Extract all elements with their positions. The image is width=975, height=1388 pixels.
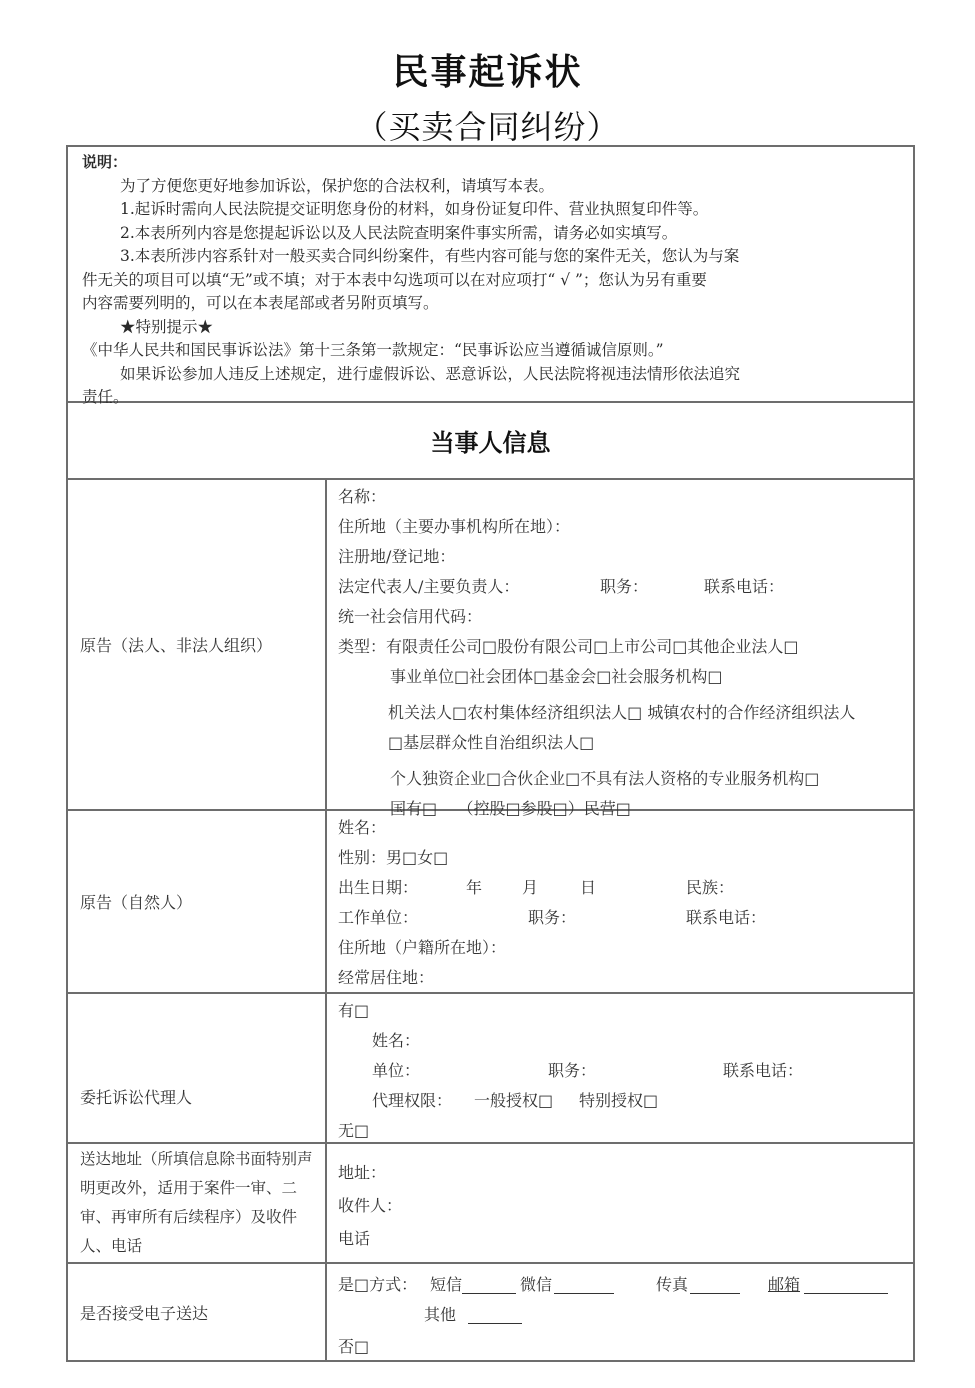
document-title: 民事起诉状 (0, 44, 975, 95)
org-name-field[interactable]: 名称： (338, 482, 913, 512)
wechat-blank[interactable] (554, 1276, 614, 1294)
agent-name-field[interactable]: 姓名： (338, 1026, 913, 1056)
instruction-line: 2.本表所列内容是您提起诉讼以及人民法院查明案件事实所需，请务必如实填写。 (82, 222, 901, 246)
org-legal-rep-line: 法定代表人/主要负责人： 职务： 联系电话： (338, 572, 913, 602)
person-residence-field[interactable]: 经常居住地： (338, 963, 913, 993)
instruction-line: 3.本表所涉内容系针对一般买卖合同纠纷案件，有些内容可能与您的案件无关，您认为与… (82, 245, 901, 269)
org-type-line-1: 类型：有限责任公司□股份有限公司□上市公司□其他企业法人□ (338, 632, 913, 662)
plaintiff-person-row: 原告（自然人） 姓名： 性别：男□女□ 出生日期： 年 月 日 民族： 工作单位… (68, 811, 913, 994)
e-service-label: 是否接受电子送达 (68, 1264, 327, 1360)
birth-line: 出生日期： 年 月 日 民族： (338, 873, 913, 903)
gender-options[interactable]: 性别：男□女□ (338, 843, 913, 873)
org-type-options-3[interactable]: 机关法人□农村集体经济组织法人□ 城镇农村的合作经济组织法人 (338, 698, 913, 728)
wechat-label: 微信 (520, 1270, 552, 1300)
plaintiff-org-row: 原告（法人、非法人组织） 名称： 住所地（主要办事机构所在地）： 注册地/登记地… (68, 480, 913, 811)
instruction-line: 《中华人民共和国民事诉讼法》第十三条第一款规定：“民事诉讼应当遵循诚信原则。” (82, 339, 901, 363)
document-subtitle: （买卖合同纠纷） (0, 102, 975, 148)
service-phone-field[interactable]: 电话 (338, 1222, 913, 1255)
employer-line: 工作单位： 职务： 联系电话： (338, 903, 913, 933)
agent-no-checkbox[interactable]: 无□ (338, 1116, 913, 1146)
instruction-line: 内容需要列明的，可以在本表尾部或者另附页填写。 (82, 292, 901, 316)
sms-blank[interactable] (462, 1276, 516, 1294)
recipient-field[interactable]: 收件人： (338, 1189, 913, 1222)
instructions-section: 说明： 为了方便您更好地参加诉讼，保护您的合法权利，请填写本表。 1.起诉时需向… (68, 147, 913, 403)
sms-label: 短信 (430, 1270, 462, 1300)
org-type-options-2[interactable]: 事业单位□社会团体□基金会□社会服务机构□ (338, 662, 913, 692)
agent-phone-field[interactable]: 联系电话： (723, 1056, 803, 1086)
agent-authority-line: 代理权限： 一般授权□ 特别授权□ (338, 1086, 913, 1116)
org-type-options-4[interactable]: □基层群众性自治组织法人□ (338, 728, 913, 758)
org-registered-field[interactable]: 注册地/登记地： (338, 542, 913, 572)
person-phone-field[interactable]: 联系电话： (686, 903, 766, 933)
fax-label: 传真 (656, 1270, 688, 1300)
general-authority-checkbox[interactable]: 一般授权□ (474, 1086, 553, 1116)
other-blank[interactable] (468, 1306, 522, 1324)
org-domicile-field[interactable]: 住所地（主要办事机构所在地）： (338, 512, 913, 542)
credit-code-field[interactable]: 统一社会信用代码： (338, 602, 913, 632)
e-service-no-checkbox[interactable]: 否□ (338, 1332, 913, 1362)
instruction-line: 为了方便您更好地参加诉讼，保护您的合法权利，请填写本表。 (82, 175, 901, 199)
birth-day-label: 日 (580, 873, 596, 903)
person-domicile-field[interactable]: 住所地（户籍所在地）： (338, 933, 913, 963)
birth-date-field[interactable]: 出生日期： (338, 873, 418, 903)
service-address-field[interactable]: 地址： (338, 1156, 913, 1189)
org-type-label: 类型： (338, 637, 386, 656)
party-info-heading: 当事人信息 (68, 403, 913, 480)
instruction-line: 如果诉讼参加人违反上述规定，进行虚假诉讼、恶意诉讼，人民法院将视违法情形依法追究 (82, 363, 901, 387)
birth-year-label: 年 (466, 873, 482, 903)
instructions-heading: 说明： (82, 151, 901, 175)
agent-yes-checkbox[interactable]: 有□ (338, 996, 913, 1026)
org-type-options-1[interactable]: 有限责任公司□股份有限公司□上市公司□其他企业法人□ (386, 637, 798, 656)
ethnicity-field[interactable]: 民族： (686, 873, 734, 903)
service-address-row: 送达地址（所填信息除书面特别声明更改外，适用于案件一审、二审、再审所有后续程序）… (68, 1144, 913, 1264)
agent-label: 委托诉讼代理人 (68, 994, 327, 1142)
person-name-field[interactable]: 姓名： (338, 813, 913, 843)
authority-label: 代理权限： (372, 1086, 452, 1116)
employer-field[interactable]: 工作单位： (338, 903, 418, 933)
org-type-options-5[interactable]: 个人独资企业□合伙企业□不具有法人资格的专业服务机构□ (338, 764, 913, 794)
email-label: 邮箱 (768, 1270, 800, 1300)
legal-rep-phone-field[interactable]: 联系电话： (704, 572, 784, 602)
fax-blank[interactable] (690, 1276, 740, 1294)
instruction-line: 1.起诉时需向人民法院提交证明您身份的材料，如身份证复印件、营业执照复印件等。 (82, 198, 901, 222)
special-authority-checkbox[interactable]: 特别授权□ (579, 1086, 658, 1116)
birth-month-label: 月 (522, 873, 538, 903)
plaintiff-person-label: 原告（自然人） (68, 811, 327, 992)
agent-row: 委托诉讼代理人 有□ 姓名： 单位： 职务： 联系电话： 代理权限： 一般授权□… (68, 994, 913, 1144)
legal-rep-field[interactable]: 法定代表人/主要负责人： (338, 572, 519, 602)
email-blank[interactable] (804, 1276, 888, 1294)
instruction-line: 件无关的项目可以填“无”或不填；对于本表中勾选项可以在对应项打“ √ ”；您认为… (82, 269, 901, 293)
special-notice-heading: ★特别提示★ (82, 316, 901, 340)
person-position-field[interactable]: 职务： (528, 903, 576, 933)
complaint-form-table: 说明： 为了方便您更好地参加诉讼，保护您的合法权利，请填写本表。 1.起诉时需向… (66, 145, 915, 1362)
e-service-row: 是否接受电子送达 是□方式： 短信 微信 传真 邮箱 其他 否□ (68, 1264, 913, 1362)
plaintiff-org-label: 原告（法人、非法人组织） (68, 480, 327, 809)
e-service-other-line: 其他 (338, 1300, 913, 1330)
agent-unit-line: 单位： 职务： 联系电话： (338, 1056, 913, 1086)
e-service-method-line: 是□方式： 短信 微信 传真 邮箱 (338, 1270, 913, 1300)
legal-rep-position-field[interactable]: 职务： (600, 572, 648, 602)
agent-unit-field[interactable]: 单位： (372, 1056, 420, 1086)
agent-position-field[interactable]: 职务： (548, 1056, 596, 1086)
other-label: 其他 (424, 1300, 456, 1330)
e-service-yes-checkbox[interactable]: 是□方式： (338, 1270, 417, 1300)
service-address-label: 送达地址（所填信息除书面特别声明更改外，适用于案件一审、二审、再审所有后续程序）… (68, 1144, 327, 1262)
